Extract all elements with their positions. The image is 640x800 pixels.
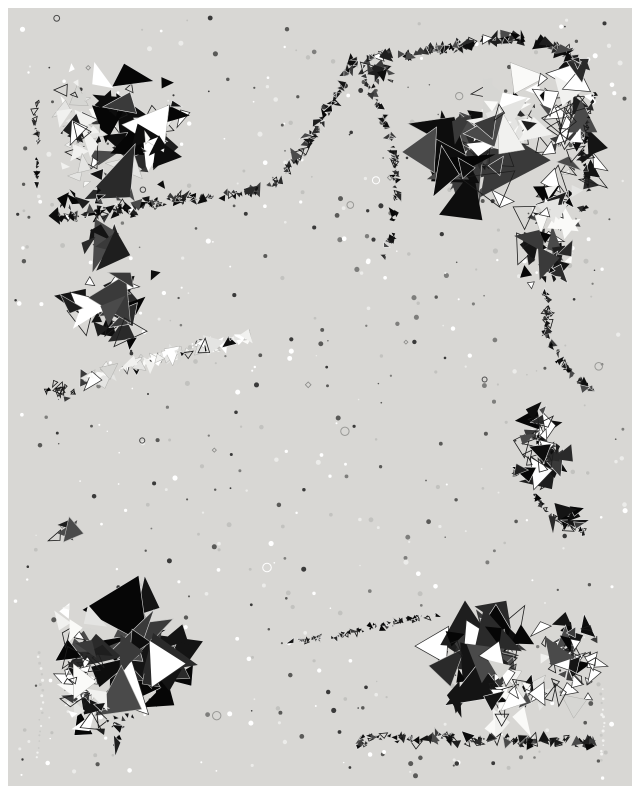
generative-artwork bbox=[0, 0, 640, 800]
artwork-page bbox=[0, 0, 640, 800]
